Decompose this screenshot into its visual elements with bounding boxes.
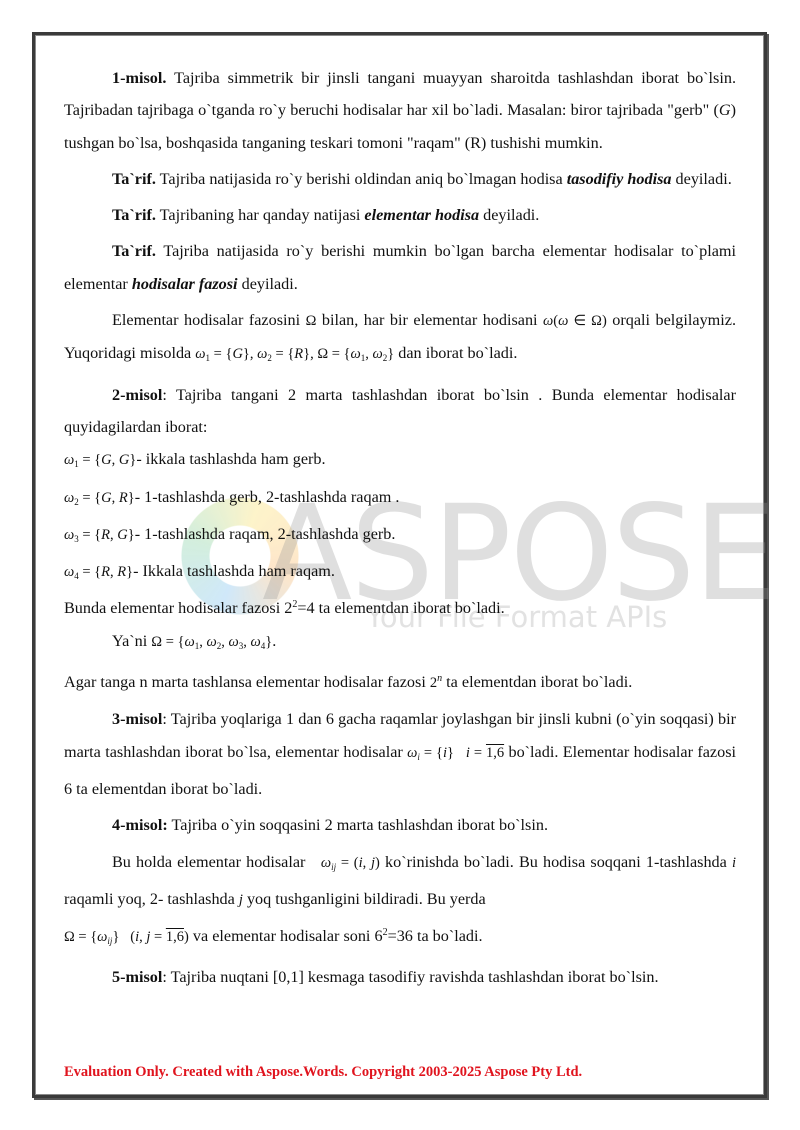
formula-outcome-1: ω1 = {G, G} — [64, 452, 136, 468]
definition-random-event: Ta`rif. Tajriba natijasida ro`y berishi … — [64, 163, 736, 195]
formula-pair-outcome: ωij = (i, j) — [321, 855, 380, 871]
definition-event-space: Ta`rif. Tajriba natijasida ro`y berishi … — [64, 235, 736, 300]
formula-outcome-3: ω3 = {R, G} — [64, 527, 135, 543]
notation-paragraph: Elementar hodisalar fazosini Ω bilan, ha… — [64, 304, 736, 375]
two-dice-space-paragraph: Ω = {ωij} (i, j = 1,6) va elementar hodi… — [64, 920, 736, 957]
formula-space-4: Ω = {ω1, ω2, ω3, ω4} — [151, 634, 272, 650]
formula-example-1-space: ω1 = {G}, ω2 = {R}, Ω = {ω1, ω2} — [195, 346, 394, 362]
example-3-label: 3-misol — [112, 710, 162, 728]
example-1-label: 1-misol. — [112, 69, 166, 87]
outcome-item: ω2 = {G, R}- 1-tashlashda gerb, 2-tashla… — [64, 481, 736, 518]
definition-label: Ta`rif. — [112, 170, 156, 188]
definition-label: Ta`rif. — [112, 242, 156, 260]
term-elementary-event: elementar hodisa — [364, 206, 479, 224]
space-size-paragraph: Bunda elementar hodisalar fazosi 22=4 ta… — [64, 592, 736, 624]
example-2-paragraph: 2-misol: Tajriba tangani 2 marta tashlas… — [64, 379, 736, 444]
definition-label: Ta`rif. — [112, 206, 156, 224]
outcome-item: ω1 = {G, G}- ikkala tashlashda ham gerb. — [64, 443, 736, 480]
outcome-item: ω3 = {R, G}- 1-tashlashda raqam, 2-tashl… — [64, 518, 736, 555]
formula-omega-in-space: ω(ω ∈ Ω) — [543, 313, 607, 329]
evaluation-footer: Evaluation Only. Created with Aspose.Wor… — [64, 1064, 582, 1081]
outcome-item: ω4 = {R, R}- Ikkala tashlashda ham raqam… — [64, 555, 736, 592]
document-body: 1-misol. Tajriba simmetrik bir jinsli ta… — [64, 62, 736, 994]
definition-elementary-event: Ta`rif. Tajribaning har qanday natijasi … — [64, 199, 736, 231]
two-dice-paragraph: Bu holda elementar hodisalar ωij = (i, j… — [64, 846, 736, 917]
example-2-label: 2-misol — [112, 386, 162, 404]
example-3-paragraph: 3-misol: Tajriba yoqlariga 1 dan 6 gacha… — [64, 703, 736, 805]
formula-outcome-4: ω4 = {R, R} — [64, 564, 133, 580]
term-random-event: tasodifiy hodisa — [567, 170, 672, 188]
example-5-paragraph: 5-misol: Tajriba nuqtani [0,1] kesmaga t… — [64, 961, 736, 993]
general-case-paragraph: Agar tanga n marta tashlansa elementar h… — [64, 666, 736, 699]
example-4-paragraph: 4-misol: Tajriba o`yin soqqasini 2 marta… — [64, 809, 736, 841]
term-event-space: hodisalar fazosi — [132, 275, 238, 293]
example-1-paragraph: 1-misol. Tajriba simmetrik bir jinsli ta… — [64, 62, 736, 159]
formula-two-dice-space: Ω = {ωij} (i, j = 1,6) — [64, 929, 189, 945]
omega-symbol: Ω — [306, 313, 317, 329]
symbol-G: G — [719, 101, 731, 119]
space-listing-paragraph: Ya`ni Ω = {ω1, ω2, ω3, ω4}. — [64, 625, 736, 662]
formula-die-outcome: ωi = {i} i = 1,6 — [407, 745, 504, 761]
example-4-label: 4-misol: — [112, 816, 168, 834]
formula-outcome-2: ω2 = {G, R} — [64, 490, 135, 506]
example-5-label: 5-misol — [112, 968, 162, 986]
formula-2-power-n: 2n — [430, 675, 442, 691]
